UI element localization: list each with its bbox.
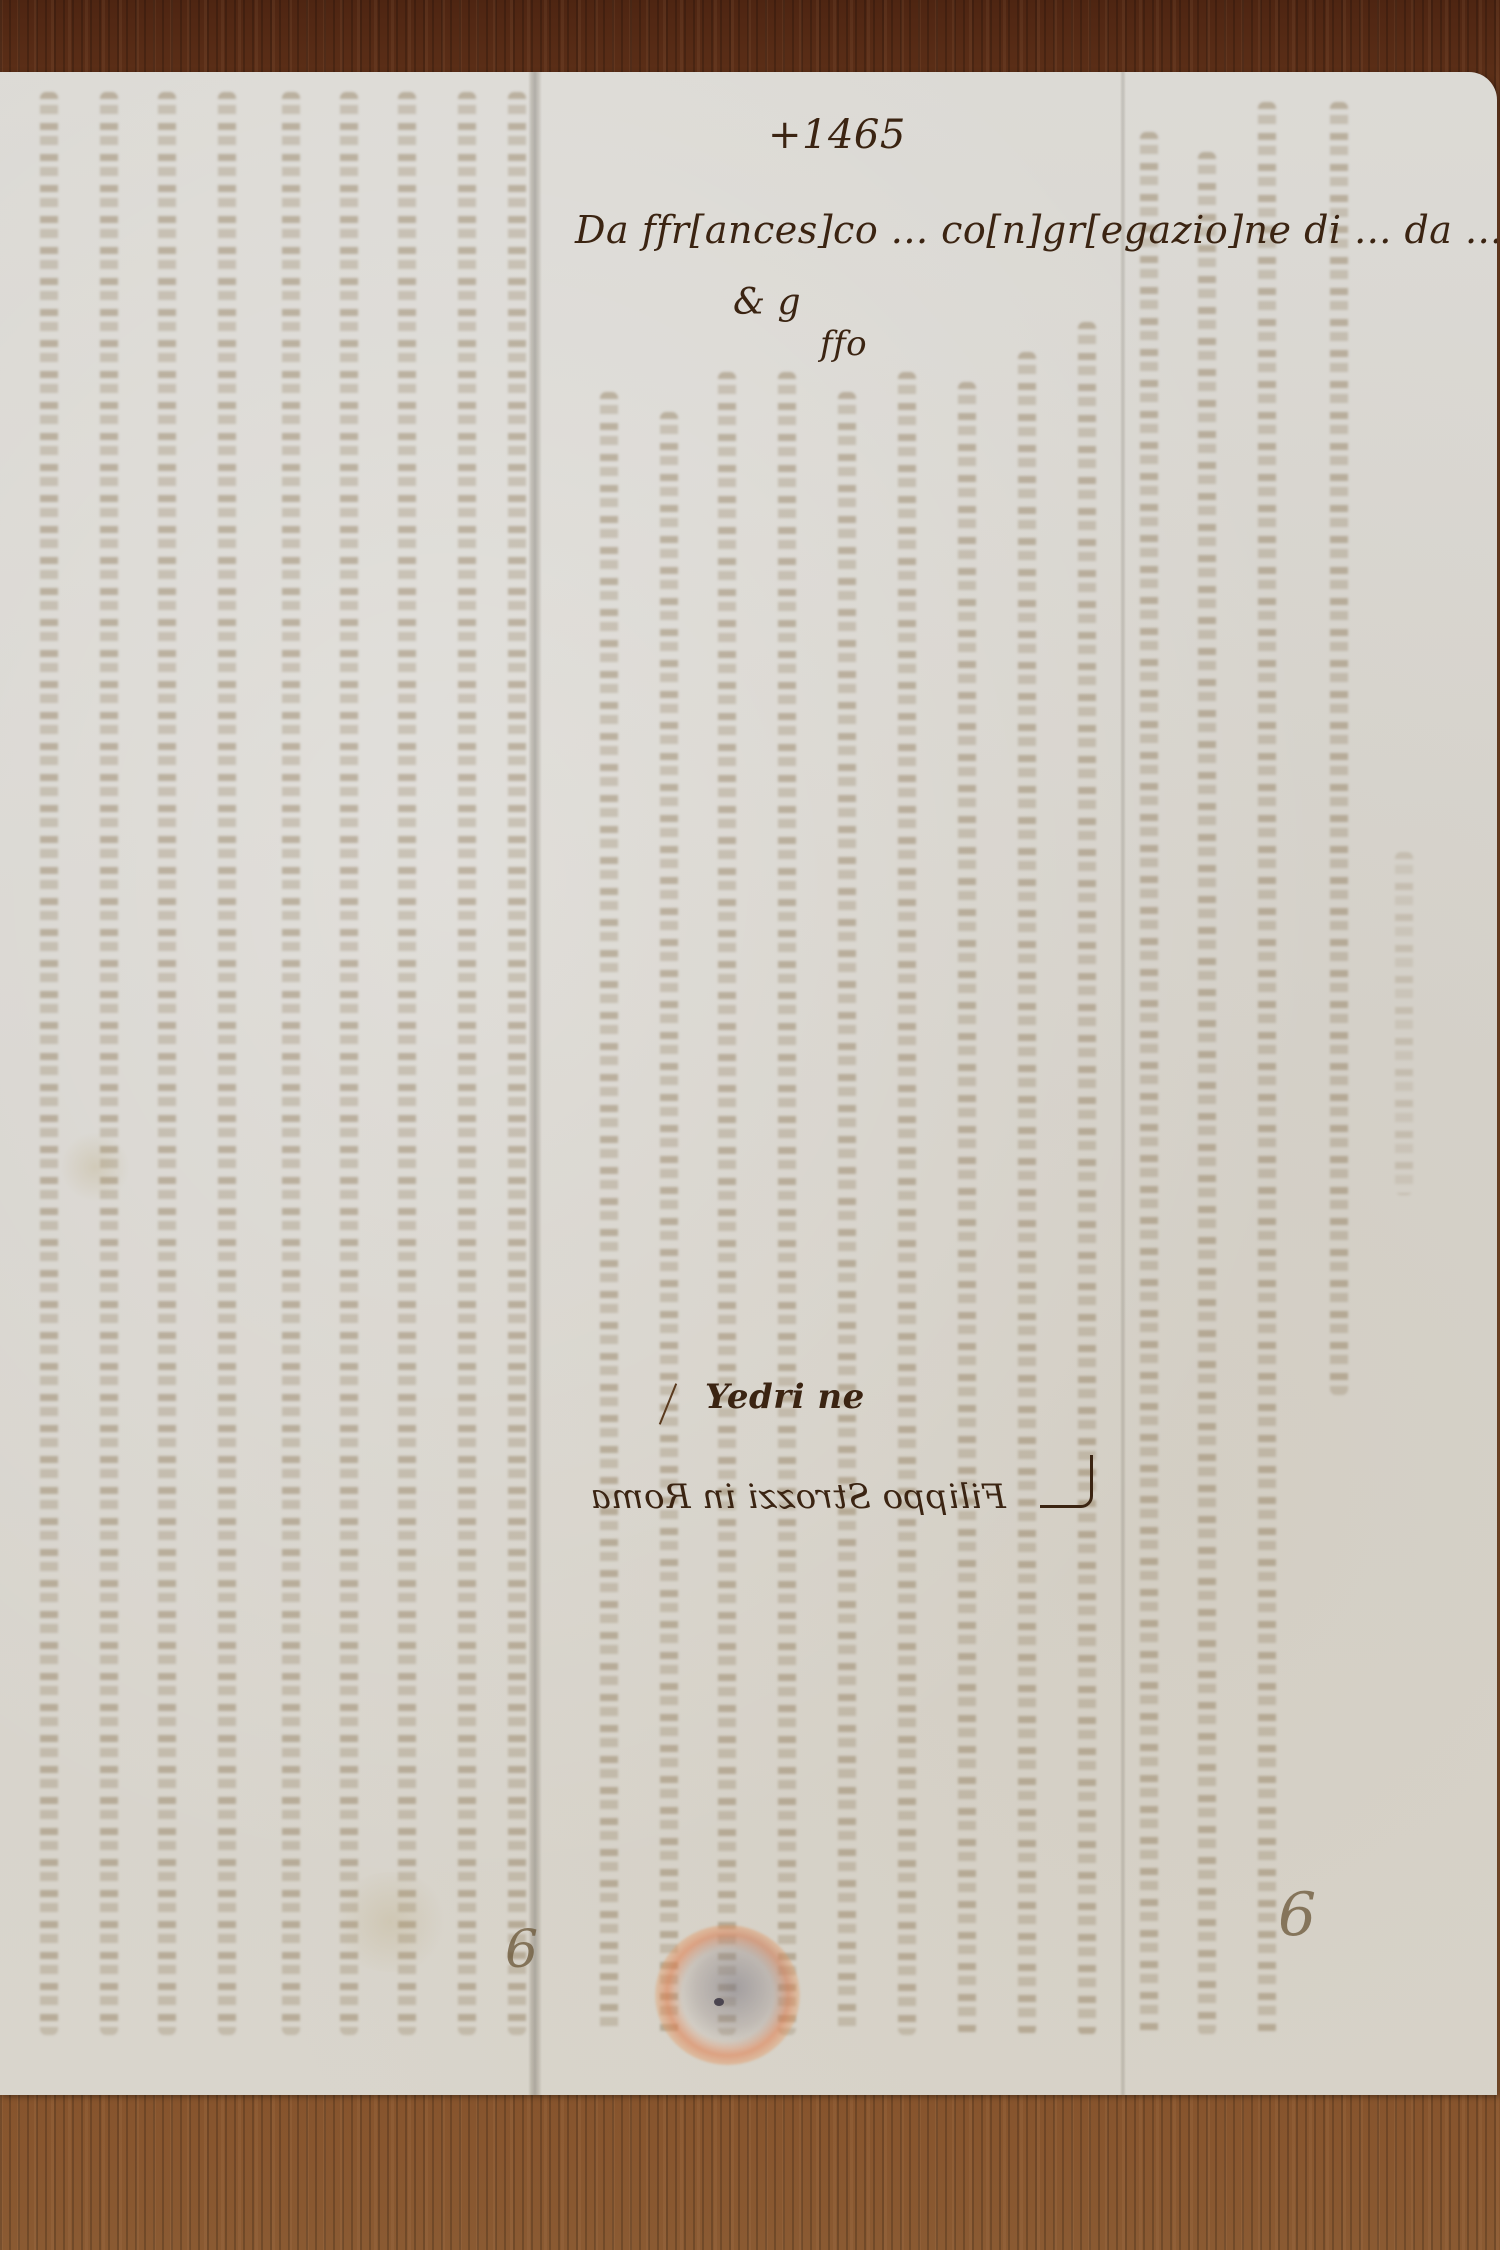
bleed-through-text — [600, 392, 618, 2035]
bleed-through-text — [1018, 352, 1036, 2035]
bleed-through-text — [1395, 852, 1413, 1195]
letter-sheet: +1465 Da ffr[ances]co ... co[n]gr[egazio… — [0, 72, 1497, 2095]
bleed-through-text — [340, 92, 358, 2035]
bleed-through-text — [40, 92, 58, 2035]
folio-mark: 6 — [1278, 1880, 1316, 1950]
bleed-through-text — [458, 92, 476, 2035]
bleed-through-text — [660, 412, 678, 2035]
bleed-through-text — [100, 92, 118, 2035]
bleed-through-text — [1140, 132, 1158, 2035]
fold-crease — [1120, 72, 1126, 2095]
bleed-through-text — [898, 372, 916, 2035]
bleed-through-text — [1078, 322, 1096, 2035]
address-line-3: ffo — [820, 324, 867, 364]
bleed-through-text — [1258, 102, 1276, 2035]
bleed-through-text — [508, 92, 526, 2035]
bleed-through-text — [778, 372, 796, 2035]
bleed-through-text — [838, 392, 856, 2035]
fold-crease — [528, 72, 542, 2095]
bleed-through-text — [282, 92, 300, 2035]
address-line-1: Da ffr[ances]co ... co[n]gr[egazio]ne di… — [575, 208, 1497, 252]
signature-line-1: Yedri ne — [705, 1377, 865, 1417]
bleed-through-text — [218, 92, 236, 2035]
signature-line-2: Filippo Strozzi in Roma — [590, 1477, 1006, 1517]
address-line-2: & g — [733, 282, 801, 323]
bleed-through-text — [158, 92, 176, 2035]
seal-residue-dot — [714, 1998, 724, 2006]
bleed-through-text — [398, 92, 416, 2035]
stain — [330, 1872, 450, 1972]
seal-residue — [655, 1925, 800, 2065]
bleed-through-text — [958, 382, 976, 2035]
year-annotation: +1465 — [768, 112, 906, 158]
bleed-through-text — [718, 372, 736, 2035]
folio-mark: 6 — [505, 1920, 538, 1980]
signature-flourish — [1040, 1455, 1093, 1508]
stain — [60, 1132, 130, 1202]
bleed-through-text — [1198, 152, 1216, 2035]
bleed-through-text — [1330, 102, 1348, 1395]
